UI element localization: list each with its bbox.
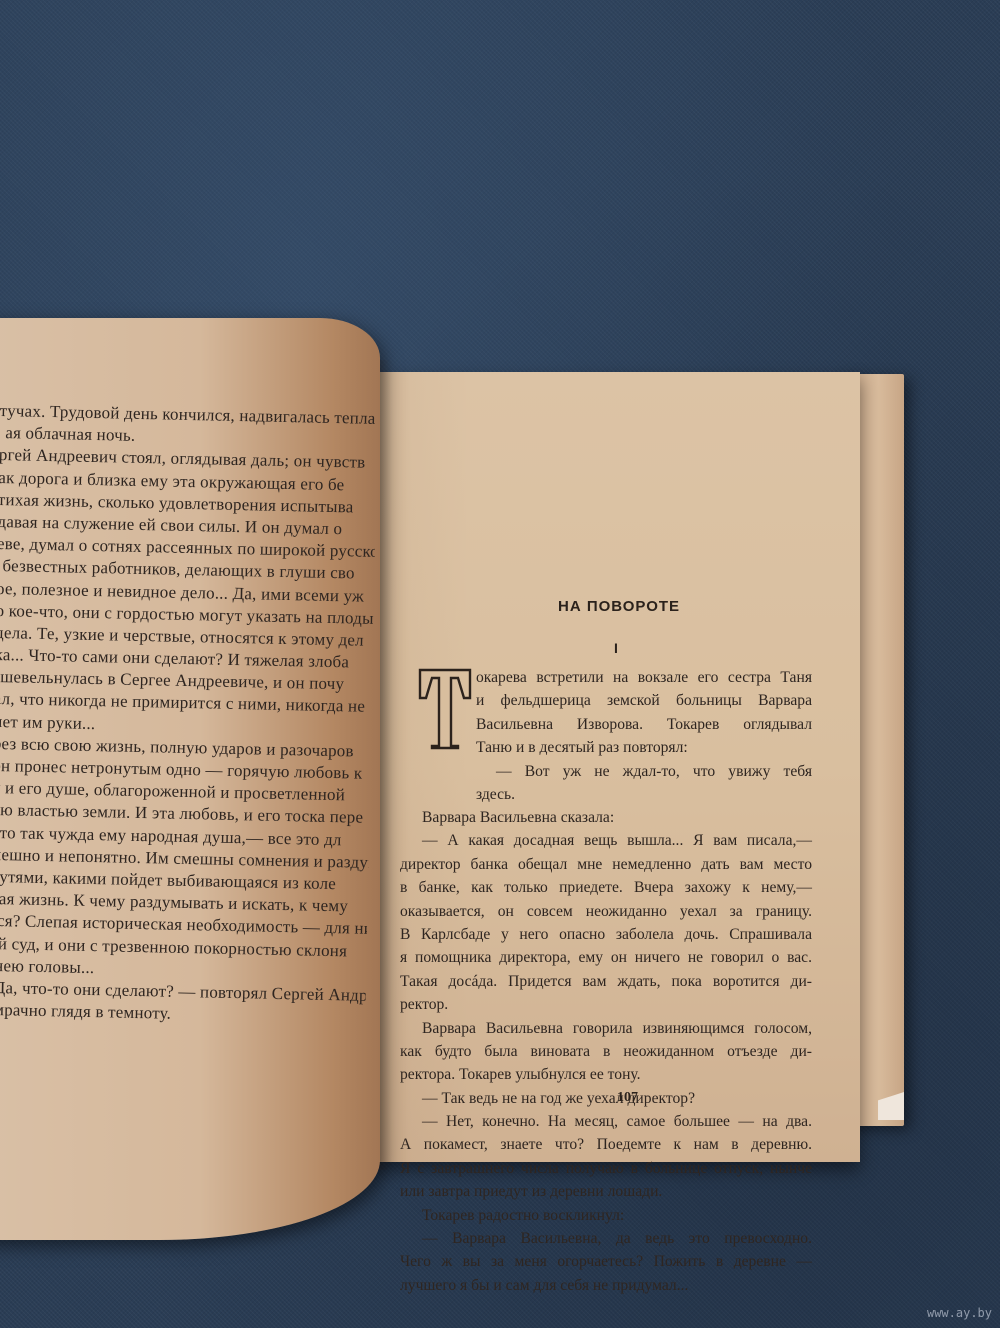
text-line: А покамест, знаете что? Поедемте к нам в…	[400, 1133, 812, 1156]
text-line: Таню и в десятый раз повторял:	[400, 736, 812, 759]
chapter-number: I	[614, 640, 618, 656]
text-line: ректор.	[400, 993, 812, 1016]
text-line: — А какая досадная вещь вышла... Я вам п…	[400, 829, 812, 852]
text-line: Васильевна Изворова. Токарев оглядывал	[400, 713, 812, 736]
text-line: Варвара Васильевна говорила извиняющимся…	[400, 1017, 812, 1040]
page-number: 107	[617, 1090, 638, 1106]
text-line: Токарев радостно воскликнул:	[400, 1204, 812, 1227]
text-line: окарева встретили на вокзале его сестра …	[400, 666, 812, 689]
text-line: — Так ведь не на год же уехал директор?	[400, 1087, 812, 1110]
text-line: в банке, как только приедете. Вчера захо…	[400, 876, 812, 899]
text-line: как будто была виновата в неожиданном от…	[400, 1040, 812, 1063]
watermark: www.ay.by	[927, 1306, 992, 1320]
text-line: Я с завтрашнего числа получаю в больнице…	[400, 1157, 812, 1180]
text-line: — Вот уж не ждал-то, что увижу тебя	[400, 760, 812, 783]
text-line: или завтра приедут из деревни лошади.	[400, 1180, 812, 1203]
text-line: директор банка обещал мне немедленно дат…	[400, 853, 812, 876]
text-line: Варвара Васильевна сказала:	[400, 806, 812, 829]
text-line: оказывается, он совсем неожиданно уехал …	[400, 900, 812, 923]
text-line: здесь.	[400, 783, 812, 806]
opening-paragraph: окарева встретили на вокзале его сестра …	[400, 666, 812, 806]
text-line: ректора. Токарев улыбнулся ее тону.	[400, 1063, 812, 1086]
text-line: В Карлсбаде у него опасно заболела дочь.…	[400, 923, 812, 946]
text-line: Такая досáда. Придется вам ждать, пока в…	[400, 970, 812, 993]
text-line: — Варвара Васильевна, да ведь это превос…	[400, 1227, 812, 1250]
chapter-title: НА ПОВОРОТЕ	[558, 598, 680, 615]
photo-scene: тучах. Трудовой день кончился, надвигала…	[0, 0, 1000, 1328]
text-line: я помощника директора, ему он ничего не …	[400, 946, 812, 969]
text-line: Чего ж вы за меня огорчаетесь? Пожить в …	[400, 1250, 812, 1273]
left-page-text: тучах. Трудовой день кончился, надвигала…	[0, 400, 378, 1029]
folded-page-corner	[878, 1092, 904, 1120]
text-line: лучшего я бы и сам для себя не придумал.…	[400, 1274, 812, 1297]
text-line: — Нет, конечно. На месяц, самое большее …	[400, 1110, 812, 1133]
body-text: Варвара Васильевна сказала: — А какая до…	[400, 806, 812, 1297]
text-line: и фельдшерица земской больницы Варвара	[400, 689, 812, 712]
